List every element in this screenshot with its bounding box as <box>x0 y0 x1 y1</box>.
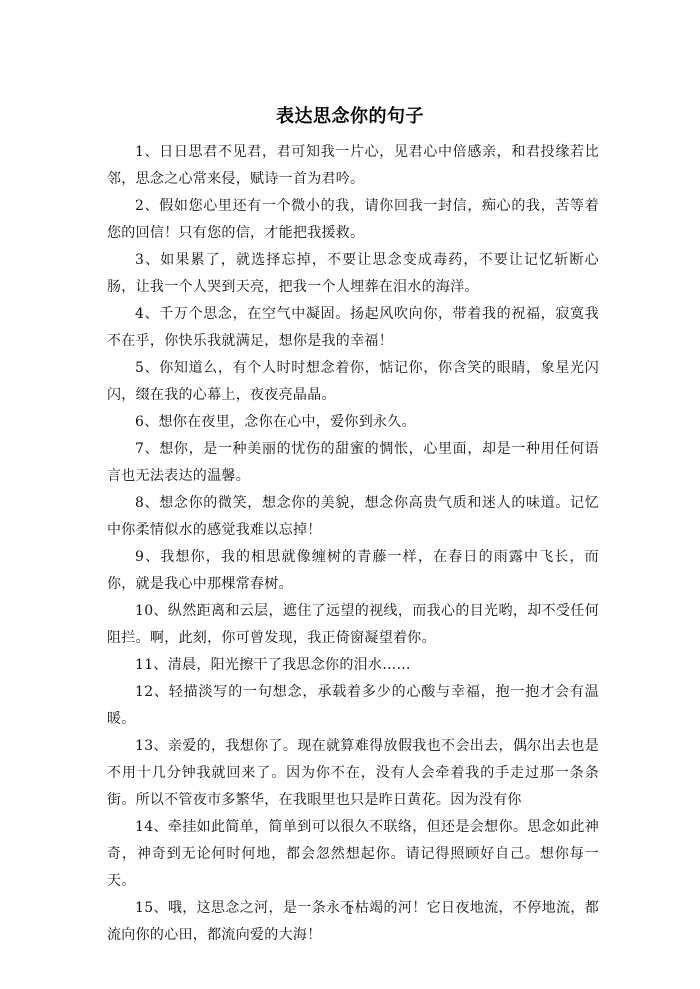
paragraph-2: 2、假如您心里还有一个微小的我，请你回我一封信，痴心的我，苦等着您的回信！只有您… <box>107 193 599 247</box>
paragraph-7: 7、想你，是一种美丽的忧伤的甜蜜的惆怅，心里面，却是一种用任何语言也无法表达的温… <box>107 436 599 490</box>
document-body: 1、日日思君不见君，君可知我一片心，见君心中倍感亲，和君投缘若比邻，思念之心常来… <box>107 139 599 949</box>
paragraph-4: 4、千万个思念，在空气中凝固。扬起风吹向你，带着我的祝福，寂寞我不在乎，你快乐我… <box>107 301 599 355</box>
paragraph-3: 3、如果累了，就选择忘掉，不要让思念变成毒药，不要让记忆斩断心肠，让我一个人哭到… <box>107 247 599 301</box>
paragraph-14: 14、牵挂如此简单，简单到可以很久不联络，但还是会想你。思念如此神奇，神奇到无论… <box>107 814 599 895</box>
paragraph-9: 9、我想你，我的相思就像缠树的青藤一样，在春日的雨露中飞长，而你，就是我心中那棵… <box>107 544 599 598</box>
document-page: 表达思念你的句子 1、日日思君不见君，君可知我一片心，见君心中倍感亲，和君投缘若… <box>0 0 700 989</box>
paragraph-6: 6、想你在夜里，念你在心中，爱你到永久。 <box>107 409 599 436</box>
document-title: 表达思念你的句子 <box>0 104 700 130</box>
paragraph-12: 12、轻描淡写的一句想念，承载着多少的心酸与幸福，抱一抱才会有温暖。 <box>107 679 599 733</box>
page-number: 1 <box>0 902 700 918</box>
paragraph-8: 8、想念你的微笑，想念你的美貌，想念你高贵气质和迷人的味道。记忆中你柔情似水的感… <box>107 490 599 544</box>
paragraph-11: 11、清晨，阳光擦干了我思念你的泪水…… <box>107 652 599 679</box>
paragraph-10: 10、纵然距离和云层，遮住了远望的视线，而我心的目光哟，却不受任何阻拦。啊，此刻… <box>107 598 599 652</box>
paragraph-13: 13、亲爱的，我想你了。现在就算难得放假我也不会出去，偶尔出去也是不用十几分钟我… <box>107 733 599 814</box>
paragraph-5: 5、你知道么，有个人时时想念着你，惦记你，你含笑的眼睛，象星光闪闪，缀在我的心幕… <box>107 355 599 409</box>
paragraph-1: 1、日日思君不见君，君可知我一片心，见君心中倍感亲，和君投缘若比邻，思念之心常来… <box>107 139 599 193</box>
